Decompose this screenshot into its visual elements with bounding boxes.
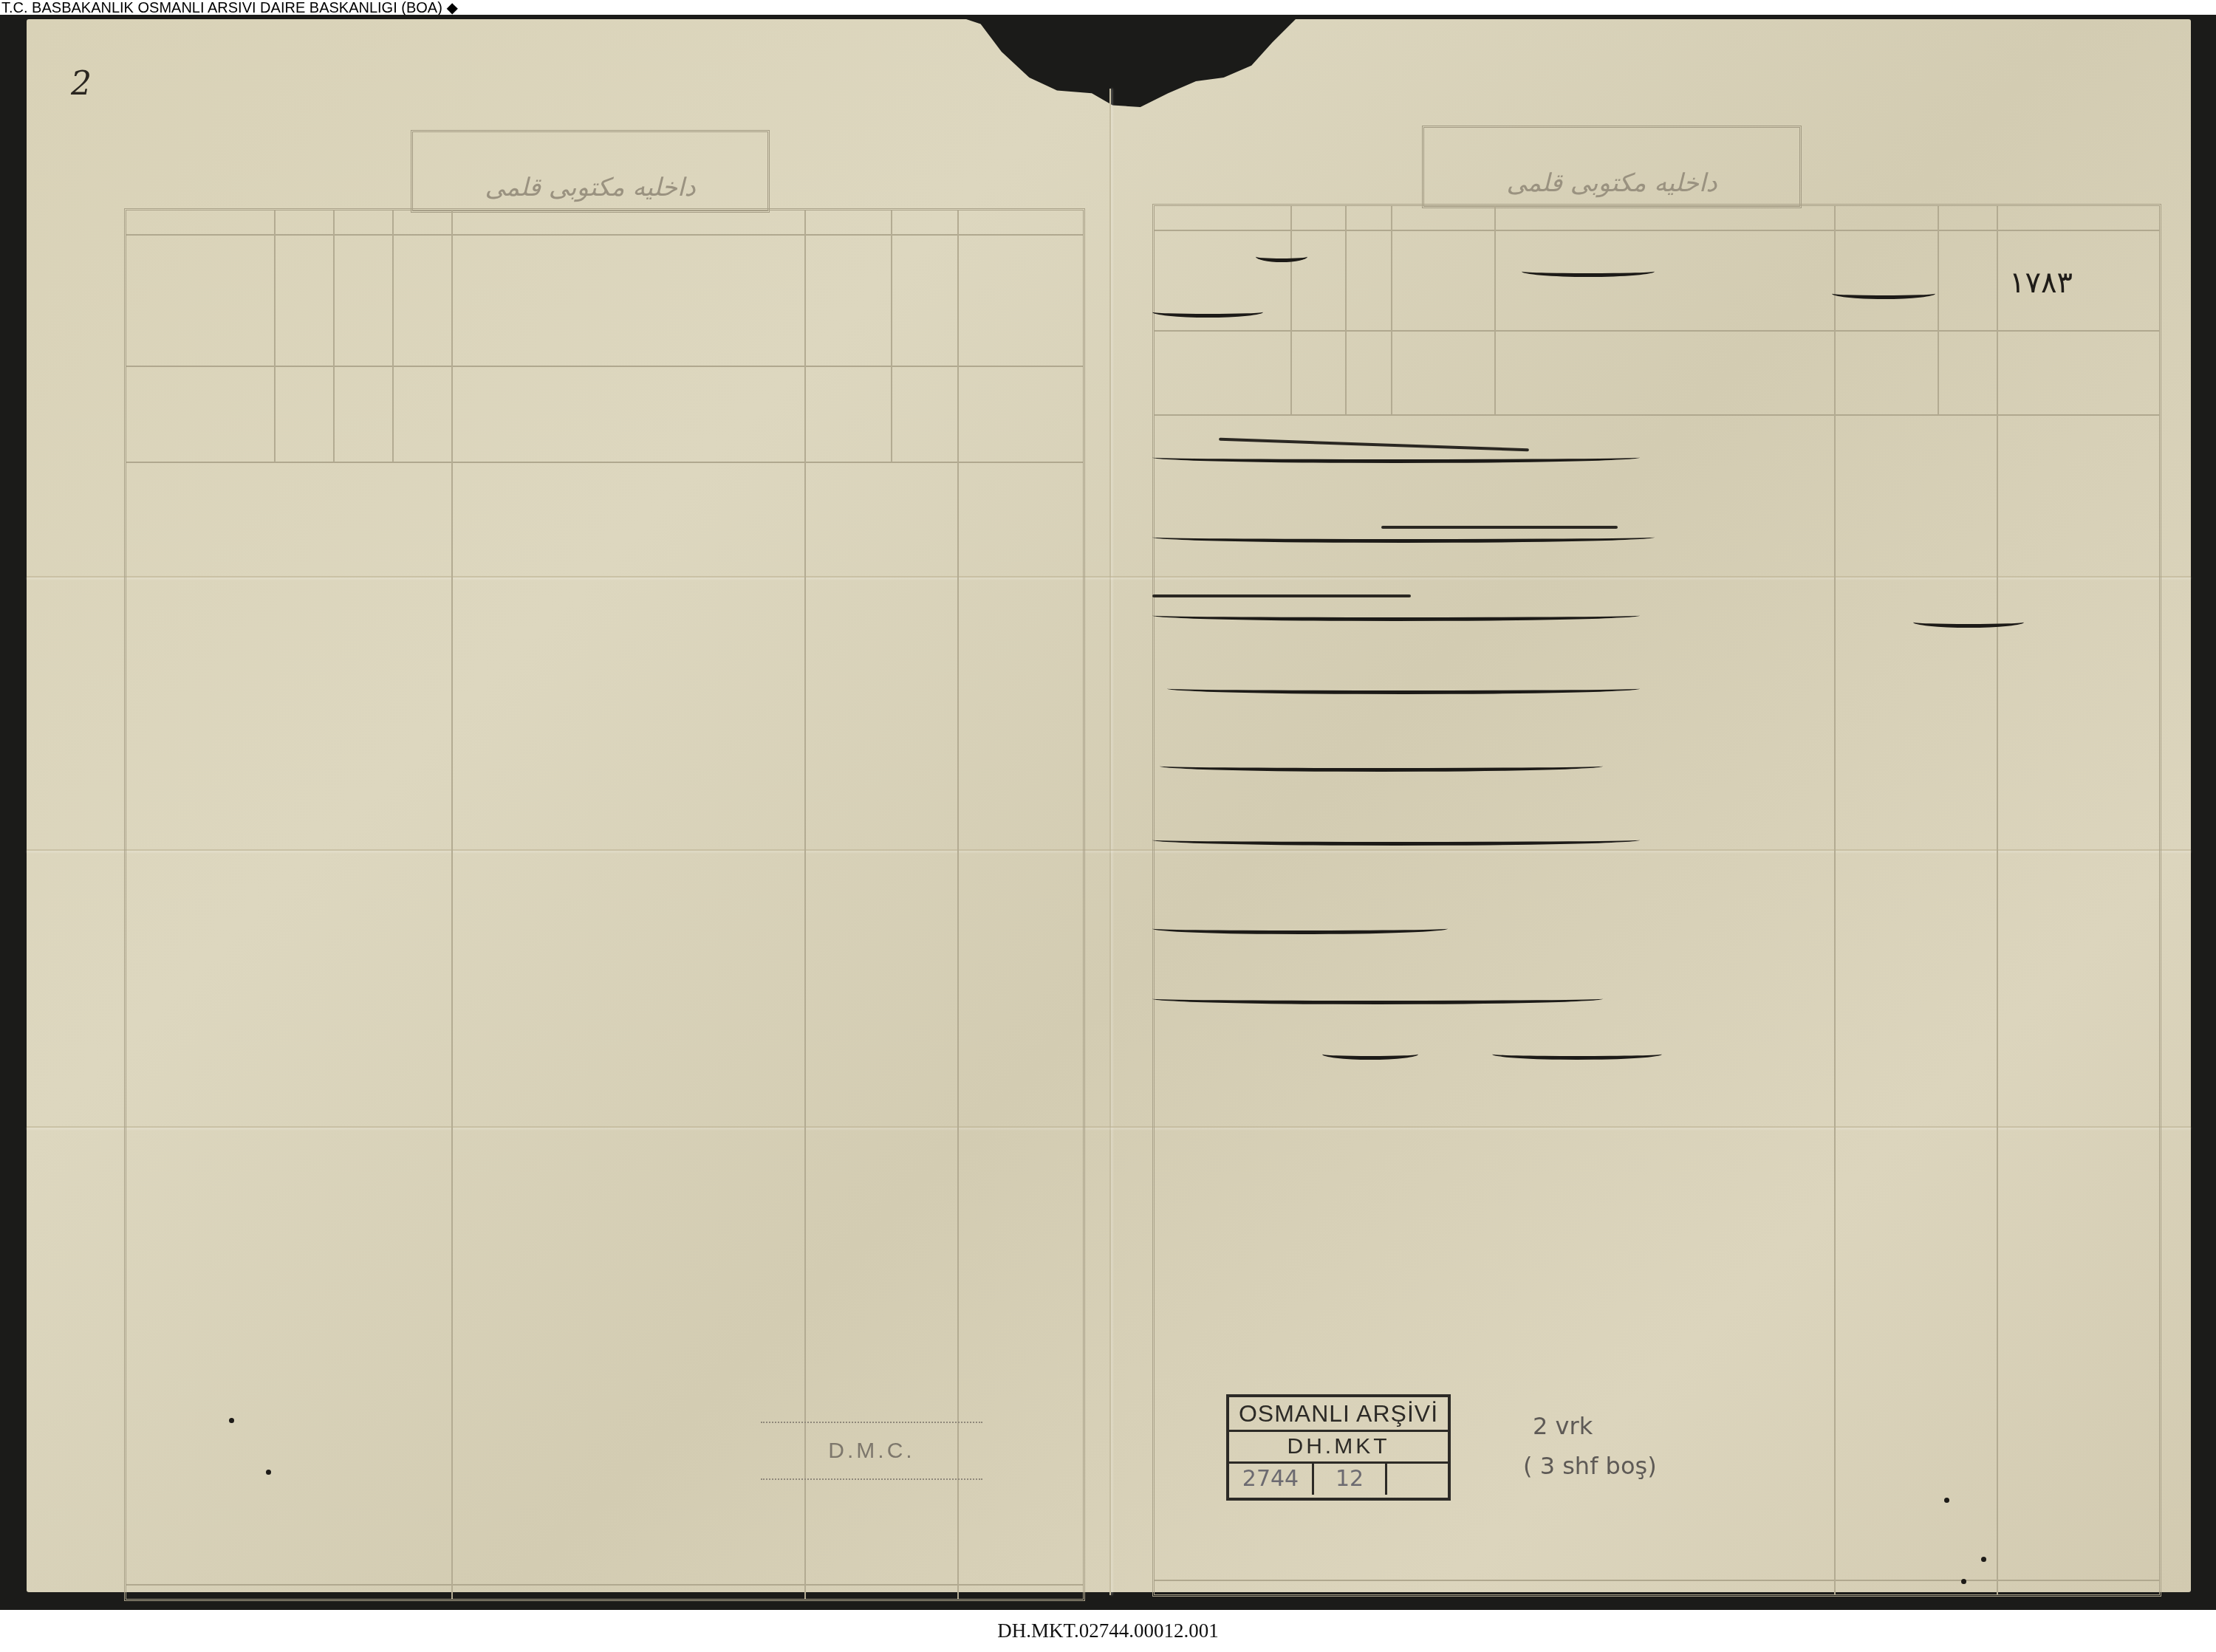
handwritten-line (1152, 610, 1640, 621)
strikethrough (1152, 594, 1411, 597)
stamp-file-number: 12 (1314, 1464, 1387, 1495)
handwritten-line (1160, 761, 1603, 772)
stamp-archive-name: OSMANLI ARŞİVİ (1229, 1397, 1448, 1432)
handwritten-line (1152, 452, 1640, 463)
handwritten-date (1152, 306, 1263, 318)
left-form-grid (124, 208, 1085, 1601)
handwritten-line (1152, 834, 1640, 846)
page-number: 2 (71, 65, 92, 103)
left-form-title: داخلیه مكتوبی قلمی (413, 173, 767, 202)
ink-dot (1981, 1557, 1986, 1562)
ink-dot (1961, 1579, 1966, 1584)
handwritten-closing (1322, 1049, 1418, 1060)
ledger-number: ١٧٨٣ (2009, 266, 2073, 300)
right-form-title: داخلیه مكتوبی قلمی (1424, 168, 1799, 198)
handwritten-subject (1522, 266, 1655, 277)
center-fold-line (1109, 89, 1111, 1595)
handwritten-line (1152, 923, 1448, 934)
right-form-grid (1152, 204, 2161, 1597)
handwritten-closing (1492, 1049, 1662, 1060)
stamp-fond-code: DH.MKT (1229, 1432, 1448, 1464)
left-form-title-box: داخلیه مكتوبی قلمی (411, 130, 770, 213)
handwritten-name (1832, 288, 1935, 299)
strikethrough (1381, 526, 1618, 529)
handwritten-line (1167, 683, 1640, 694)
pencil-note-leaf-count: 2 vrk (1533, 1412, 1593, 1440)
archive-stamp: OSMANLI ARŞİVİ DH.MKT 2744 12 (1226, 1394, 1451, 1501)
pencil-note-blank-pages: ( 3 shf boş) (1523, 1452, 1657, 1480)
handwritten-margin-note (1913, 617, 2024, 628)
archive-header-banner: T.C. BASBAKANLIK OSMANLI ARSIVI DAIRE BA… (0, 0, 459, 16)
ink-dot (1944, 1498, 1949, 1503)
right-form-title-box: داخلیه مكتوبی قلمی (1422, 126, 1802, 208)
handwritten-note (1256, 251, 1307, 262)
stamp-empty-cell (1387, 1464, 1446, 1495)
handwritten-line (1152, 532, 1655, 543)
stamp-box-number: 2744 (1229, 1464, 1314, 1495)
faint-registration-stamp: D.M.C. (761, 1422, 982, 1480)
document-reference-code: DH.MKT.02744.00012.001 (0, 1610, 2216, 1652)
ink-dot (266, 1470, 271, 1475)
ink-dot (229, 1418, 234, 1423)
handwritten-line (1152, 993, 1603, 1004)
